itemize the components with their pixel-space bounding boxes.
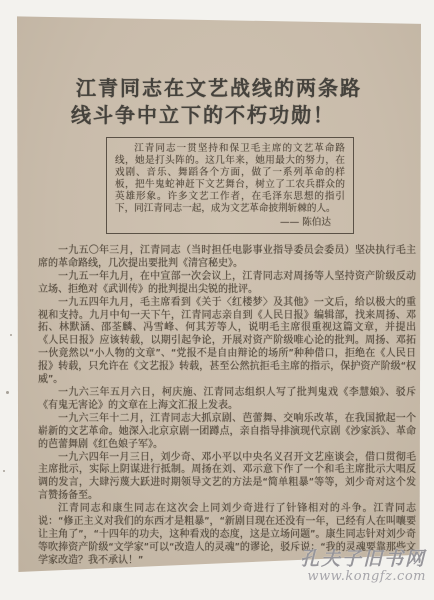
body-paragraph: 一九五〇年三月，江青同志（当时担任电影事业指导委员会委员）坚决执行毛主席的革命路…: [38, 245, 416, 271]
body-paragraph: 一九六三年十二月，江青同志大抓京剧、芭蕾舞、交响乐改革，在我国掀起一个崭新的文艺…: [38, 413, 416, 452]
leaflet-paper: 江青同志在文艺战线的两条路 线斗争中立下的不朽功勋！ 江青同志一贯坚持和保卫毛主…: [17, 15, 421, 572]
quote-box: 江青同志一贯坚持和保卫毛主席的文艺革命路线，她是打头阵的。这几年来，她用最大的努…: [106, 137, 354, 234]
quote-attribution: —— 陈伯达: [115, 217, 345, 229]
body-paragraph: 一九五四年九月，毛主席看到《关于〈红楼梦〉及其他》一文后，给以极大的重视和支持。…: [38, 297, 416, 387]
watermark-site-name: 孔夫子旧书网: [300, 549, 426, 570]
scanned-page-background: 江青同志在文艺战线的两条路 线斗争中立下的不朽功勋！ 江青同志一贯坚持和保卫毛主…: [0, 0, 434, 600]
body-paragraph: 一九六三年五月六日，柯庆施、江青同志组织人写了批判鬼戏《李慧娘》、驳斥《有鬼无害…: [38, 387, 416, 413]
body-paragraph: 一九六四年一月三日，刘少奇、邓小平以中央名义召开文艺座谈会，借口贯彻毛主席批示，…: [38, 452, 416, 504]
page-title: 江青同志在文艺战线的两条路 线斗争中立下的不朽功勋！: [17, 75, 421, 129]
document-body: 一九五〇年三月，江青同志（当时担任电影事业指导委员会委员）坚决执行毛主席的革命路…: [38, 245, 416, 568]
page-title-line-1: 江青同志在文艺战线的两条路: [17, 75, 421, 102]
page-title-line-2: 线斗争中立下的不朽功勋！: [1, 102, 405, 129]
scan-speck: [3, 470, 5, 472]
watermark: 孔夫子旧书网 www.kongfz.com: [300, 549, 426, 584]
scan-speck: [6, 391, 9, 394]
body-paragraph: 一九五一年九月，在中宣部一次会议上，江青同志对周扬等人坚持资产阶级反动立场、拒绝…: [38, 271, 416, 297]
watermark-site-url: www.kongfz.com: [300, 570, 426, 584]
quote-text: 江青同志一贯坚持和保卫毛主席的文艺革命路线，她是打头阵的。这几年来，她用最大的努…: [115, 143, 345, 215]
scan-speck: [10, 334, 12, 336]
